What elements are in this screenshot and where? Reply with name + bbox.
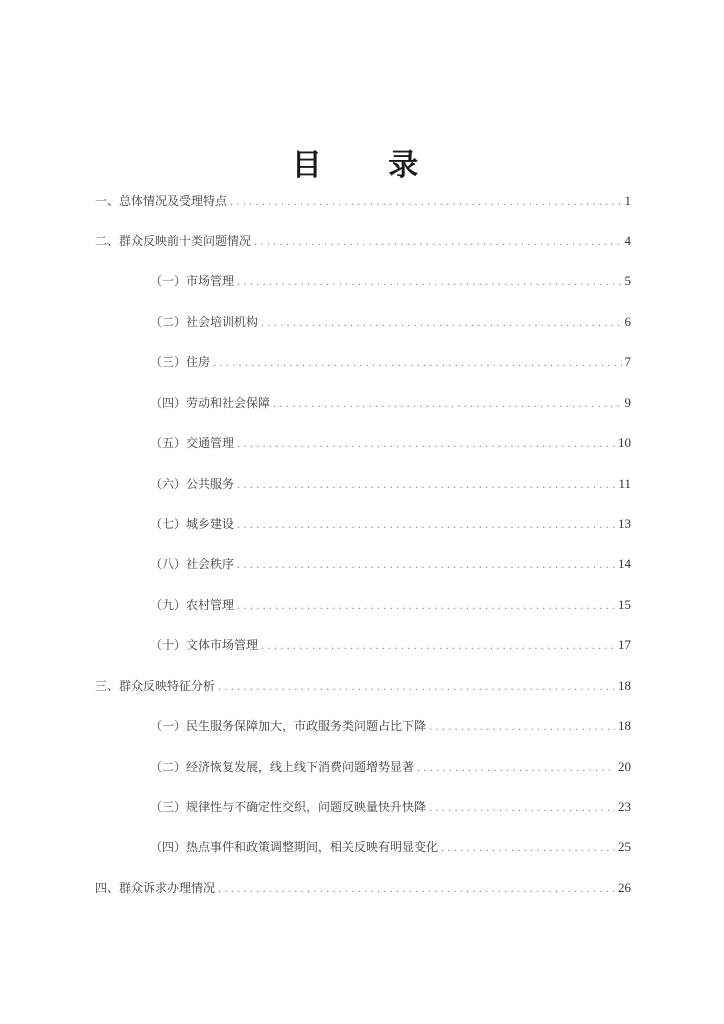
toc-entry-page: 13 [618,516,631,532]
toc-entry[interactable]: （八）社会秩序 14 [150,556,631,574]
toc-entry-label: （一）民生服务保障加大，市政服务类问题占比下降 [150,718,426,734]
toc-entry-label: （一）市场管理 [150,273,234,289]
dot-leader [213,356,621,372]
toc-entry-label: （二）社会培训机构 [150,314,258,330]
dot-leader [237,437,615,453]
dot-leader [237,599,615,615]
dot-leader [237,275,621,291]
dot-leader [429,801,615,817]
dot-leader [218,680,615,696]
dot-leader [441,841,615,857]
dot-leader [237,558,615,574]
dot-leader [218,882,615,898]
toc-entry[interactable]: （十）文体市场管理 17 [150,637,631,655]
toc-entry[interactable]: （七）城乡建设 13 [150,516,631,534]
toc-entry[interactable]: （一）市场管理 5 [150,273,631,291]
toc-entry-label: （四）热点事件和政策调整期间，相关反映有明显变化 [150,839,438,855]
toc-entry[interactable]: （三）住房 7 [150,354,631,372]
toc-entry-label: 一、总体情况及受理特点 [95,193,227,209]
toc-entry-page: 4 [625,233,632,249]
toc-entry[interactable]: （六）公共服务 11 [150,476,631,494]
toc-entry-label: （十）文体市场管理 [150,637,258,653]
toc-entry-page: 23 [618,799,631,815]
toc-entry[interactable]: 二、群众反映前十类问题情况 4 [95,233,631,251]
toc-entry-page: 18 [618,718,631,734]
toc-entry[interactable]: （三）规律性与不确定性交织，问题反映量快升快降 23 [150,799,631,817]
toc-entry-label: （三）规律性与不确定性交织，问题反映量快升快降 [150,799,426,815]
toc-entry-page: 18 [618,678,631,694]
toc-entry-page: 10 [618,435,631,451]
toc-entry-label: （四）劳动和社会保障 [150,395,270,411]
toc-entry[interactable]: （九）农村管理 15 [150,597,631,615]
toc-entry-page: 11 [618,476,631,492]
toc-entry-page: 9 [625,395,632,411]
toc-entry[interactable]: （二）经济恢复发展，线上线下消费问题增势显著 20 [150,759,631,777]
toc-entry-page: 7 [625,354,632,370]
toc-entry[interactable]: 四、群众诉求办理情况 26 [95,880,631,898]
dot-leader [273,397,621,413]
dot-leader [429,720,615,736]
toc-entry[interactable]: （四）热点事件和政策调整期间，相关反映有明显变化 25 [150,839,631,857]
toc-entry-label: （六）公共服务 [150,476,234,492]
dot-leader [261,639,615,655]
dot-leader [230,195,621,211]
toc-entry[interactable]: （二）社会培训机构 6 [150,314,631,332]
toc-entry-label: （三）住房 [150,354,210,370]
toc-entry-label: （七）城乡建设 [150,516,234,532]
toc-entry-page: 17 [618,637,631,653]
toc-entry[interactable]: 三、群众反映特征分析 18 [95,678,631,696]
toc-entry-page: 14 [618,556,631,572]
toc-entry-label: 四、群众诉求办理情况 [95,880,215,896]
dot-leader [237,518,615,534]
toc-entry-page: 1 [625,193,632,209]
dot-leader [237,478,615,494]
toc-entry[interactable]: 一、总体情况及受理特点 1 [95,193,631,211]
toc-entry-page: 5 [625,273,632,289]
toc-entry-label: （五）交通管理 [150,435,234,451]
toc-entry-label: （九）农村管理 [150,597,234,613]
toc-entry[interactable]: （四）劳动和社会保障 9 [150,395,631,413]
toc-entry-label: （二）经济恢复发展，线上线下消费问题增势显著 [150,759,414,775]
toc-entry-label: （八）社会秩序 [150,556,234,572]
dot-leader [261,316,621,332]
toc-entry-page: 15 [618,597,631,613]
dot-leader [254,235,621,251]
toc-entry[interactable]: （一）民生服务保障加大，市政服务类问题占比下降 18 [150,718,631,736]
toc-entry[interactable]: （五）交通管理 10 [150,435,631,453]
dot-leader [417,761,615,777]
page-title: 目 录 [0,140,724,184]
toc-entry-page: 25 [618,839,631,855]
toc-entry-label: 二、群众反映前十类问题情况 [95,233,251,249]
toc-entry-page: 20 [618,759,631,775]
toc-entry-label: 三、群众反映特征分析 [95,678,215,694]
toc-entry-page: 6 [625,314,632,330]
toc-entry-page: 26 [618,880,631,896]
